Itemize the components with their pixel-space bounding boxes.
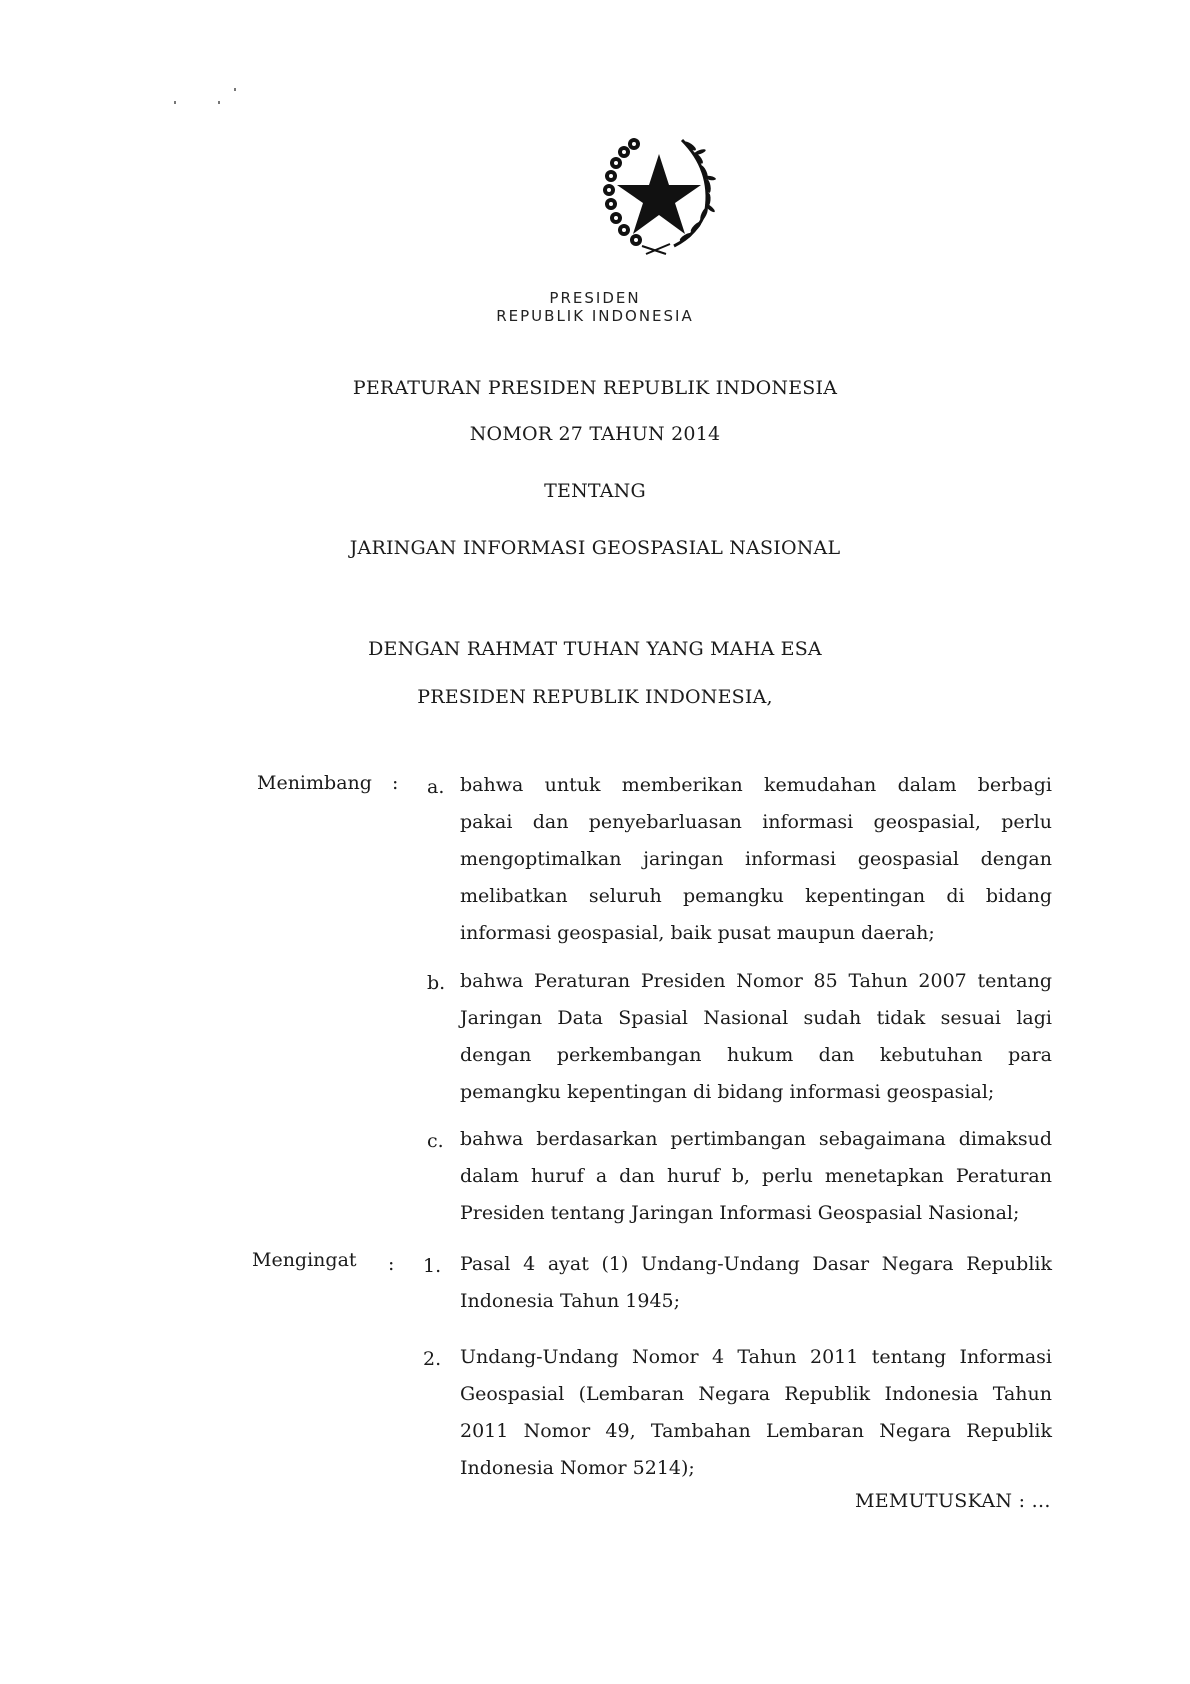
- menimbang-item-a: bahwa untuk memberikan kemudahan dalam b…: [460, 767, 1052, 952]
- regulation-title: PERATURAN PRESIDEN REPUBLIK INDONESIA: [0, 377, 1190, 399]
- continuation-catchword: MEMUTUSKAN : ...: [855, 1490, 1051, 1512]
- regulation-number: NOMOR 27 TAHUN 2014: [0, 423, 1190, 445]
- letterhead-line1: PRESIDEN: [0, 289, 1190, 307]
- text-line: bahwa untuk memberikan kemudahan dalam b…: [460, 767, 1052, 804]
- scan-speck: [234, 88, 236, 91]
- menimbang-item-c: bahwa berdasarkan pertimbangan sebagaima…: [460, 1121, 1052, 1232]
- text-line: dengan perkembangan hukum dan kebutuhan …: [460, 1037, 1052, 1074]
- menimbang-label: Menimbang: [257, 772, 372, 794]
- text-line: Indonesia Nomor 5214);: [460, 1450, 1052, 1487]
- text-line: pakai dan penyebarluasan informasi geosp…: [460, 804, 1052, 841]
- mengingat-label: Mengingat: [252, 1249, 357, 1271]
- text-line: bahwa Peraturan Presiden Nomor 85 Tahun …: [460, 963, 1052, 1000]
- letterhead-line2: REPUBLIK INDONESIA: [0, 307, 1190, 325]
- mengingat-colon: :: [388, 1253, 394, 1275]
- text-line: melibatkan seluruh pemangku kepentingan …: [460, 878, 1052, 915]
- presidential-seal-icon: [594, 130, 724, 260]
- text-line: pemangku kepentingan di bidang informasi…: [460, 1074, 1052, 1111]
- text-line: Pasal 4 ayat (1) Undang-Undang Dasar Neg…: [460, 1246, 1052, 1283]
- text-line: Geospasial (Lembaran Negara Republik Ind…: [460, 1376, 1052, 1413]
- menimbang-marker-a: a.: [427, 776, 444, 798]
- about-label: TENTANG: [0, 480, 1190, 502]
- text-line: bahwa berdasarkan pertimbangan sebagaima…: [460, 1121, 1052, 1158]
- regulation-subject: JARINGAN INFORMASI GEOSPASIAL NASIONAL: [0, 537, 1190, 559]
- mengingat-marker-2: 2.: [423, 1348, 441, 1370]
- scan-speck: [218, 101, 220, 104]
- text-line: mengoptimalkan jaringan informasi geospa…: [460, 841, 1052, 878]
- text-line: dalam huruf a dan huruf b, perlu menetap…: [460, 1158, 1052, 1195]
- mengingat-marker-1: 1.: [423, 1255, 441, 1277]
- menimbang-item-b: bahwa Peraturan Presiden Nomor 85 Tahun …: [460, 963, 1052, 1111]
- invocation: DENGAN RAHMAT TUHAN YANG MAHA ESA: [0, 638, 1190, 660]
- text-line: informasi geospasial, baik pusat maupun …: [460, 915, 1052, 952]
- menimbang-marker-c: c.: [427, 1130, 444, 1152]
- text-line: 2011 Nomor 49, Tambahan Lembaran Negara …: [460, 1413, 1052, 1450]
- mengingat-item-2: Undang-Undang Nomor 4 Tahun 2011 tentang…: [460, 1339, 1052, 1487]
- text-line: Indonesia Tahun 1945;: [460, 1283, 1052, 1320]
- text-line: Jaringan Data Spasial Nasional sudah tid…: [460, 1000, 1052, 1037]
- text-line: Undang-Undang Nomor 4 Tahun 2011 tentang…: [460, 1339, 1052, 1376]
- menimbang-marker-b: b.: [427, 972, 445, 994]
- mengingat-item-1: Pasal 4 ayat (1) Undang-Undang Dasar Neg…: [460, 1246, 1052, 1320]
- menimbang-colon: :: [392, 772, 398, 794]
- issuer: PRESIDEN REPUBLIK INDONESIA,: [0, 686, 1190, 708]
- scan-speck: [174, 101, 176, 104]
- text-line: Presiden tentang Jaringan Informasi Geos…: [460, 1195, 1052, 1232]
